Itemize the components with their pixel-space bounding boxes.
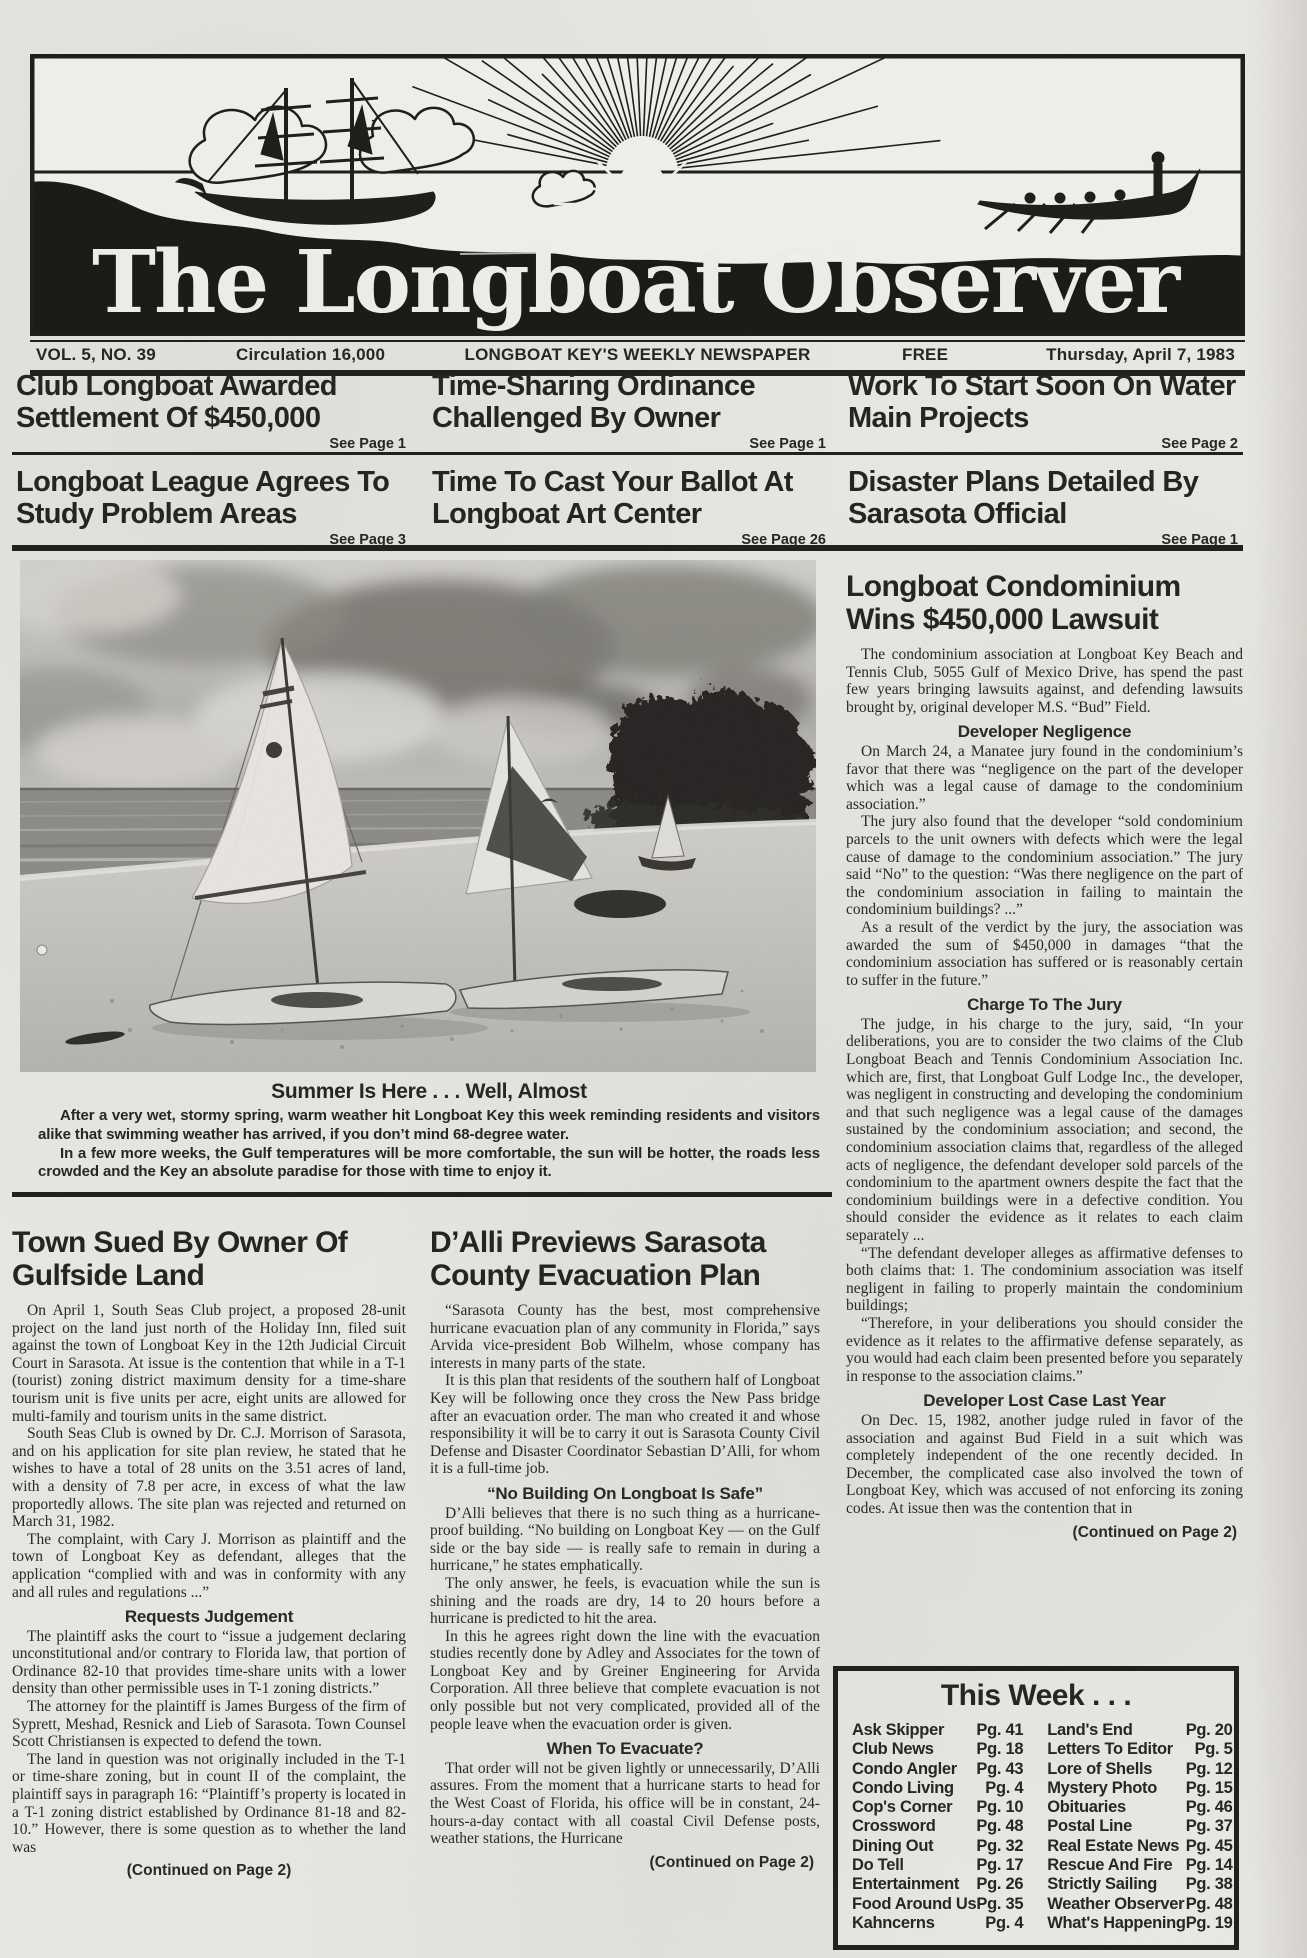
article-subhead: When To Evacuate? <box>430 1740 820 1758</box>
volume-number: VOL. 5, NO. 39 <box>36 345 156 365</box>
teaser-longboat-league: Longboat League Agrees To Study Problem … <box>16 466 408 548</box>
index-item: Lore of ShellsPg. 12 <box>1047 1760 1232 1779</box>
this-week-title: This Week . . . <box>852 1679 1220 1713</box>
masthead-art: The Longboat Observer <box>30 54 1245 336</box>
index-item: Weather ObserverPg. 48 <box>1047 1895 1232 1914</box>
article-headline: Town Sued By Owner Of Gulfside Land <box>12 1226 406 1292</box>
teaser-club-longboat: Club Longboat Awarded Settlement Of $450… <box>16 370 408 452</box>
article-paragraph: The complaint, with Cary J. Morrison as … <box>12 1531 406 1601</box>
article-subhead: Developer Negligence <box>846 723 1243 741</box>
article-headline: Longboat Condominium Wins $450,000 Lawsu… <box>846 570 1243 636</box>
circulation: Circulation 16,000 <box>236 345 385 365</box>
this-week-box: This Week . . . Ask SkipperPg. 41 Club N… <box>833 1666 1239 1950</box>
article-paragraph: “Sarasota County has the best, most comp… <box>430 1302 820 1372</box>
photo-caption: Summer Is Here . . . Well, Almost After … <box>38 1080 820 1182</box>
caption-title: Summer Is Here . . . Well, Almost <box>38 1080 820 1104</box>
index-item: Land's EndPg. 20 <box>1047 1721 1232 1740</box>
teaser-disaster-plans: Disaster Plans Detailed By Sarasota Offi… <box>848 466 1240 548</box>
caption-paragraph: In a few more weeks, the Gulf temperatur… <box>38 1145 820 1183</box>
photo-grain <box>20 560 816 1072</box>
article-town-sued: Town Sued By Owner Of Gulfside Land On A… <box>12 1226 406 1958</box>
index-item: CrosswordPg. 48 <box>852 1817 1023 1836</box>
continued-note: (Continued on Page 2) <box>846 1524 1243 1542</box>
index-item: Do TellPg. 17 <box>852 1856 1023 1875</box>
article-subhead: Charge To The Jury <box>846 996 1243 1014</box>
divider <box>12 1192 832 1197</box>
article-paragraph: In this he agrees right down the line wi… <box>430 1628 820 1734</box>
index-item: Dining OutPg. 32 <box>852 1837 1023 1856</box>
article-lawsuit: Longboat Condominium Wins $450,000 Lawsu… <box>846 570 1243 1660</box>
article-paragraph: South Seas Club is owned by Dr. C.J. Mor… <box>12 1425 406 1531</box>
see-page-ref: See Page 2 <box>848 436 1240 452</box>
article-paragraph: On Dec. 15, 1982, another judge ruled in… <box>846 1412 1243 1518</box>
this-week-left-column: Ask SkipperPg. 41 Club NewsPg. 18 Condo … <box>852 1721 1023 1933</box>
index-item: Cop's CornerPg. 10 <box>852 1798 1023 1817</box>
index-item: Postal LinePg. 37 <box>1047 1817 1232 1836</box>
article-paragraph: D’Alli believes that there is no such th… <box>430 1505 820 1575</box>
article-paragraph: The condominium association at Longboat … <box>846 646 1243 716</box>
article-paragraph: On April 1, South Seas Club project, a p… <box>12 1302 406 1425</box>
index-item: Rescue And FirePg. 14 <box>1047 1856 1232 1875</box>
article-paragraph: The land in question was not originally … <box>12 1751 406 1857</box>
index-item: ObituariesPg. 46 <box>1047 1798 1232 1817</box>
newspaper-front-page: The Longboat Observer VOL. 5, NO. 39 Cir… <box>0 0 1307 1958</box>
article-subhead: “No Building On Longboat Is Safe” <box>430 1485 820 1503</box>
index-item: Food Around UsPg. 35 <box>852 1895 1023 1914</box>
index-item: Ask SkipperPg. 41 <box>852 1721 1023 1740</box>
teaser-water-main: Work To Start Soon On Water Main Project… <box>848 370 1240 452</box>
index-item: Real Estate NewsPg. 45 <box>1047 1837 1232 1856</box>
article-paragraph: The judge, in his charge to the jury, sa… <box>846 1016 1243 1245</box>
continued-note: (Continued on Page 2) <box>12 1862 406 1880</box>
scan-edge-shade <box>1251 0 1307 1958</box>
article-paragraph: “The defendant developer alleges as affi… <box>846 1245 1243 1315</box>
article-paragraph: As a result of the verdict by the jury, … <box>846 919 1243 989</box>
index-item: Condo AnglerPg. 43 <box>852 1760 1023 1779</box>
index-item: Mystery PhotoPg. 15 <box>1047 1779 1232 1798</box>
article-paragraph: That order will not be given lightly or … <box>430 1760 820 1848</box>
index-item: Condo LivingPg. 4 <box>852 1779 1023 1798</box>
price-label: FREE <box>902 345 948 365</box>
see-page-ref: See Page 1 <box>16 436 408 452</box>
index-item: EntertainmentPg. 26 <box>852 1875 1023 1894</box>
article-paragraph: It is this plan that residents of the so… <box>430 1372 820 1478</box>
article-paragraph: The attorney for the plaintiff is James … <box>12 1698 406 1751</box>
divider <box>12 452 1243 455</box>
teaser-ballot: Time To Cast Your Ballot At Longboat Art… <box>432 466 828 548</box>
see-page-ref: See Page 1 <box>432 436 828 452</box>
tagline: LONGBOAT KEY'S WEEKLY NEWSPAPER <box>465 345 811 365</box>
newspaper-title: The Longboat Observer <box>92 232 1182 333</box>
index-item: Club NewsPg. 18 <box>852 1740 1023 1759</box>
article-evacuation: D’Alli Previews Sarasota County Evacuati… <box>430 1226 820 1958</box>
index-item: What's HappeningPg. 19 <box>1047 1914 1232 1933</box>
this-week-right-column: Land's EndPg. 20 Letters To EditorPg. 5 … <box>1047 1721 1232 1933</box>
continued-note: (Continued on Page 2) <box>430 1854 820 1872</box>
article-paragraph: The only answer, he feels, is evacuation… <box>430 1575 820 1628</box>
index-item: KahncernsPg. 4 <box>852 1914 1023 1933</box>
divider <box>12 545 1243 551</box>
article-headline: D’Alli Previews Sarasota County Evacuati… <box>430 1226 820 1292</box>
article-paragraph: The jury also found that the developer “… <box>846 813 1243 919</box>
index-item: Strictly SailingPg. 38 <box>1047 1875 1232 1894</box>
article-paragraph: On March 24, a Manatee jury found in the… <box>846 743 1243 813</box>
index-item: Letters To EditorPg. 5 <box>1047 1740 1232 1759</box>
article-paragraph: The plaintiff asks the court to “issue a… <box>12 1628 406 1698</box>
caption-paragraph: After a very wet, stormy spring, warm we… <box>38 1107 820 1145</box>
article-paragraph: “Therefore, in your deliberations you sh… <box>846 1315 1243 1385</box>
article-subhead: Requests Judgement <box>12 1608 406 1626</box>
issue-date: Thursday, April 7, 1983 <box>1046 345 1235 365</box>
article-subhead: Developer Lost Case Last Year <box>846 1392 1243 1410</box>
beach-photo <box>20 560 816 1072</box>
teaser-time-sharing: Time-Sharing Ordinance Challenged By Own… <box>432 370 828 452</box>
